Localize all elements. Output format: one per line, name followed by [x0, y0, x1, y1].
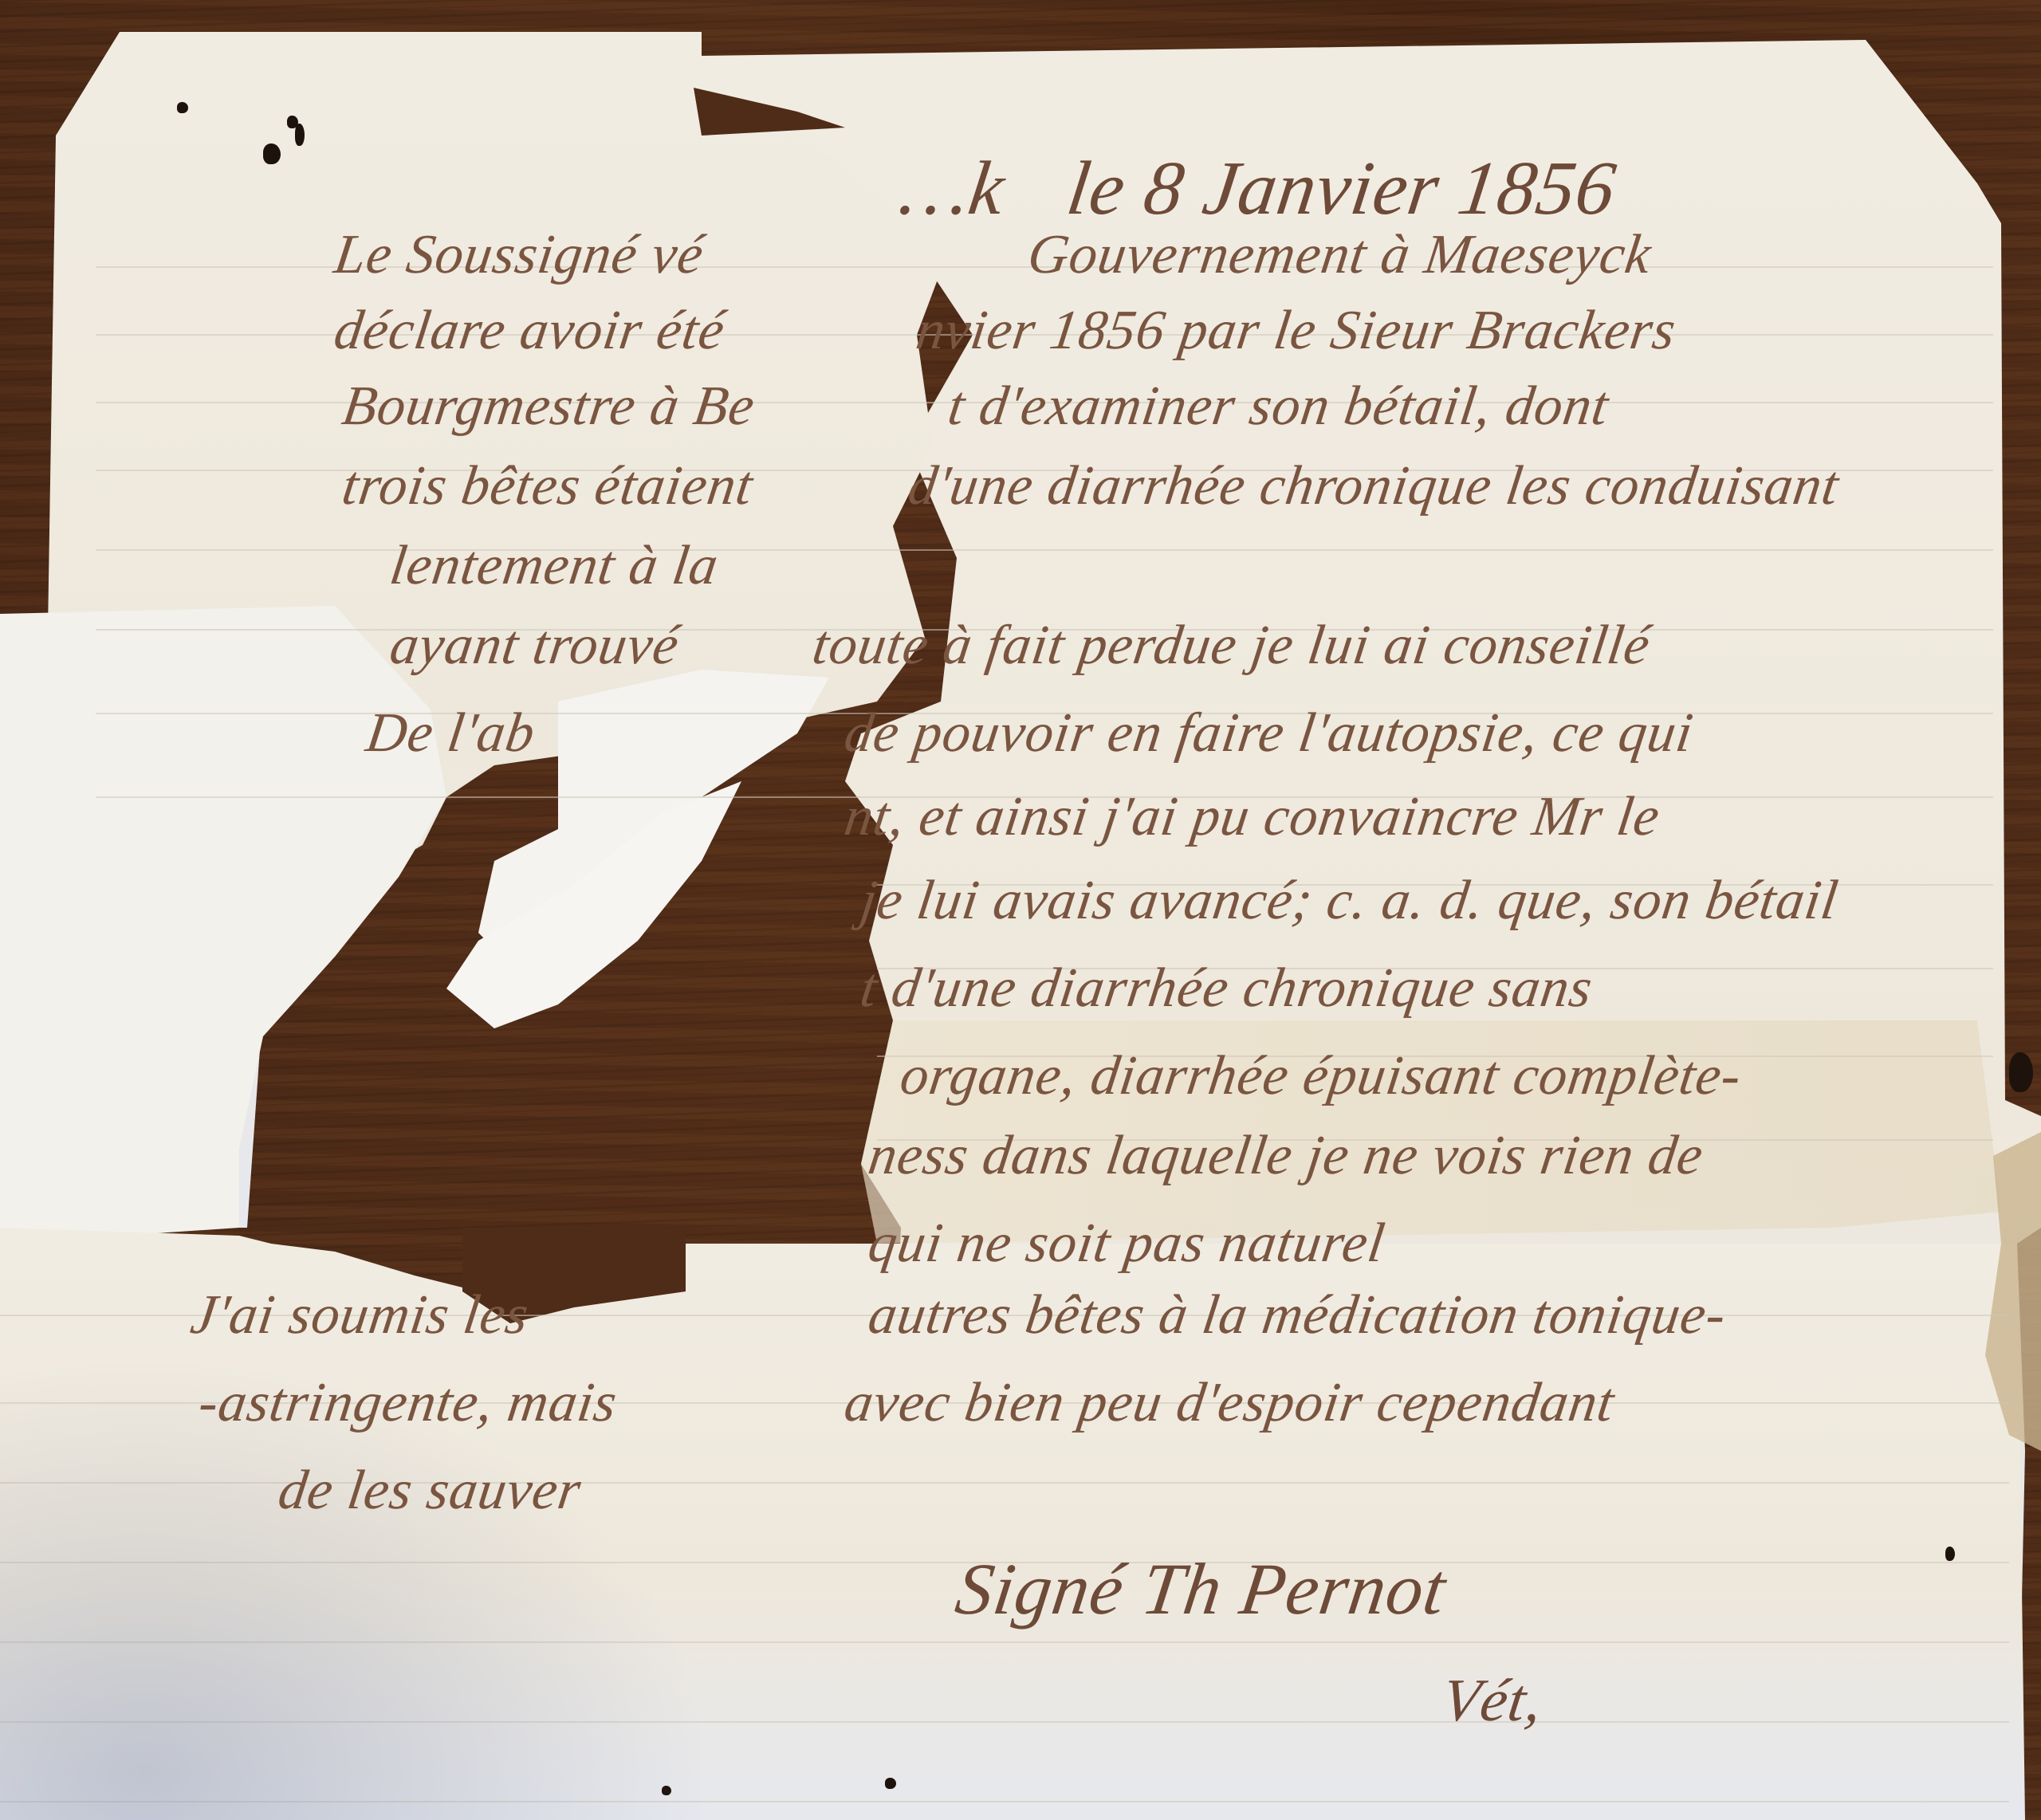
paper-hole — [662, 1786, 671, 1795]
text-line-10-right: t d'une diarrhée chronique sans — [856, 957, 1596, 1020]
place-fragment: …k — [895, 143, 1011, 232]
text-line-1-left: Le Soussigné vé — [330, 223, 707, 287]
text-line-12-right: ness dans laquelle je ne vois rien de — [864, 1124, 1707, 1188]
paper-hole — [295, 124, 305, 146]
text-line-6-right: toute à fait perdue je lui ai conseillé — [808, 614, 1654, 678]
text-line-14-left: J'ai soumis les — [187, 1283, 533, 1347]
paper-hole — [1945, 1547, 1955, 1561]
text-line-9-right: je lui avais avancé; c. a. d. que, son b… — [856, 869, 1842, 933]
text-line-3-right: t d'examiner son bétail, dont — [944, 375, 1613, 438]
text-line-16-left: de les sauver — [274, 1459, 585, 1523]
text-line-14-right: autres bêtes à la médication tonique- — [864, 1283, 1730, 1347]
paper-hole — [2009, 1052, 2033, 1092]
text-line-15-right: avec bien peu d'espoir cependant — [840, 1371, 1618, 1435]
paper-hole — [177, 102, 188, 113]
paper-hole — [263, 143, 281, 164]
text-line-4-left: trois bêtes étaient — [338, 454, 757, 518]
text-line-2-left: déclare avoir été — [330, 299, 729, 363]
text-line-13-right: qui ne soit pas naturel — [864, 1212, 1389, 1276]
text-line-6-left: ayant trouvé — [386, 614, 682, 678]
text-line-8-right: nt, et ainsi j'ai pu convaincre Mr le — [840, 785, 1664, 849]
text-line-7-left: De l'ab — [362, 702, 539, 765]
text-line-7-right: de pouvoir en faire l'autopsie, ce qui — [840, 702, 1697, 765]
letter-date: le 8 Janvier 1856 — [1062, 143, 1622, 232]
text-line-15-left: -astringente, mais — [195, 1371, 621, 1435]
text-line-11-right: organe, diarrhée épuisant complète- — [896, 1044, 1745, 1108]
text-line-5-left: lentement à la — [386, 534, 722, 598]
signature-title: Vét, — [1438, 1666, 1547, 1735]
text-line-2-right: nvier 1856 par le Sieur Brackers — [912, 299, 1680, 363]
letter-dateline: …k le 8 Janvier 1856 — [895, 143, 1622, 232]
text-line-4-right: d'une diarrhée chronique les conduisant — [904, 454, 1842, 518]
paper-hole — [885, 1778, 896, 1789]
signature: Signé Th Pernot — [951, 1547, 1452, 1631]
text-line-3-left: Bourgmestre à Be — [338, 375, 759, 438]
text-line-1-right: Gouvernement à Maeseyck — [1024, 223, 1655, 287]
torn-paper-document: …k le 8 Janvier 1856 Le Soussigné vé Gou… — [0, 0, 2041, 1820]
